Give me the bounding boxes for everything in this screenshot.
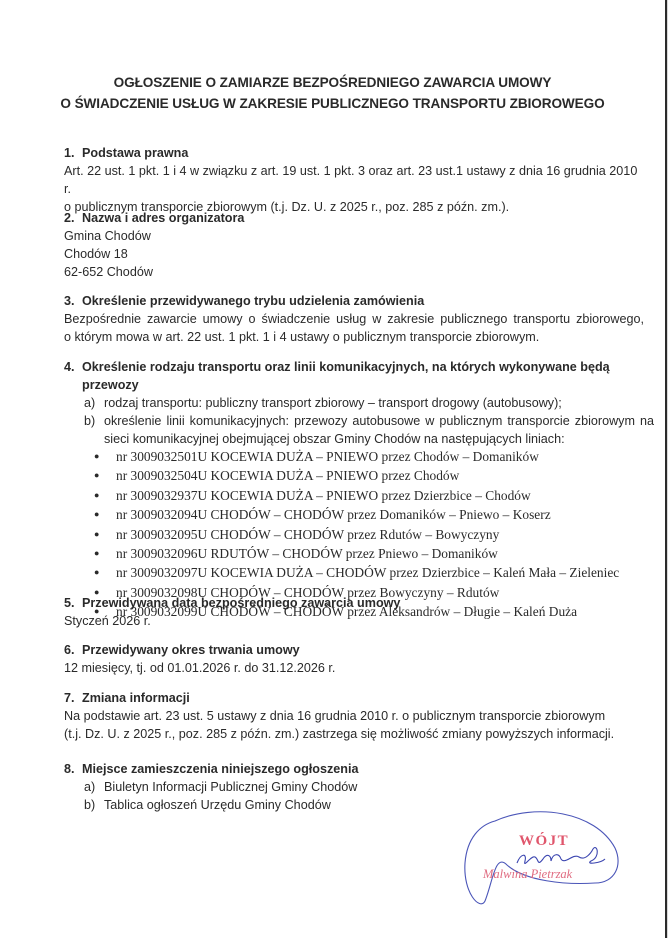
section-text-line: Na podstawie art. 23 ust. 5 ustawy z dni… xyxy=(64,707,644,725)
section-transport-lines: 4. Określenie rodzaju transportu oraz li… xyxy=(64,358,654,623)
section-procedure: 3. Określenie przewidywanego trybu udzie… xyxy=(64,292,644,346)
sub-item-letter: a) xyxy=(84,778,104,796)
bus-line-text: nr 3009032096U RDUTÓW – CHODÓW przez Pni… xyxy=(116,545,498,563)
sub-item-text-line: określenie linii komunikacyjnych: przewo… xyxy=(104,412,654,430)
organizer-street: Chodów 18 xyxy=(64,245,644,263)
section-number: 8. xyxy=(64,760,82,778)
section-contract-duration: 6. Przewidywany okres trwania umowy 12 m… xyxy=(64,641,644,677)
bullet-icon: ● xyxy=(94,525,116,543)
bus-line-text: nr 3009032094U CHODÓW – CHODÓW przez Dom… xyxy=(116,506,551,524)
section-text-line: (t.j. Dz. U. z 2025 r., poz. 285 z późn.… xyxy=(64,725,644,743)
section-number: 7. xyxy=(64,689,82,707)
signature-scribble-icon xyxy=(455,803,625,913)
bullet-icon: ● xyxy=(94,486,116,504)
bus-line-item: ●nr 3009032501U KOCEWIA DUŻA – PNIEWO pr… xyxy=(64,448,654,467)
contract-date-value: Styczeń 2026 r. xyxy=(64,612,644,630)
organizer-postal: 62-652 Chodów xyxy=(64,263,644,281)
bus-line-item: ●nr 3009032096U RDUTÓW – CHODÓW przez Pn… xyxy=(64,545,654,564)
section-text-line: o którym mowa w art. 22 ust. 1 pkt. 1 i … xyxy=(64,328,644,346)
section-heading-text: Miejsce zamieszczenia niniejszego ogłosz… xyxy=(82,760,358,778)
section-heading: 7. Zmiana informacji xyxy=(64,689,644,707)
section-heading: 8. Miejsce zamieszczenia niniejszego ogł… xyxy=(64,760,644,778)
section-heading-text: Przewidywana data bezpośredniego zawarci… xyxy=(82,594,400,612)
bullet-icon: ● xyxy=(94,466,116,484)
section-number: 6. xyxy=(64,641,82,659)
bus-line-text: nr 3009032504U KOCEWIA DUŻA – PNIEWO prz… xyxy=(116,467,459,485)
section-number: 3. xyxy=(64,292,82,310)
signature-stamp: WÓJT Malwina Pietrzak xyxy=(455,803,625,913)
bus-line-item: ●nr 3009032097U KOCEWIA DUŻA – CHODÓW pr… xyxy=(64,564,654,583)
section-number: 2. xyxy=(64,209,82,227)
sub-item-text-line: sieci komunikacyjnej obejmującej obszar … xyxy=(104,430,654,448)
bus-line-item: ●nr 3009032095U CHODÓW – CHODÓW przez Rd… xyxy=(64,526,654,545)
sub-item-text: rodzaj transportu: publiczny transport z… xyxy=(104,394,654,412)
publication-place-item: a) Biuletyn Informacji Publicznej Gminy … xyxy=(64,778,644,796)
bus-line-item: ●nr 3009032504U KOCEWIA DUŻA – PNIEWO pr… xyxy=(64,467,654,486)
section-heading: 6. Przewidywany okres trwania umowy xyxy=(64,641,644,659)
bus-line-item: ●nr 3009032937U KOCEWIA DUŻA – PNIEWO pr… xyxy=(64,487,654,506)
bullet-icon: ● xyxy=(94,563,116,581)
sub-item-lines-definition: b) określenie linii komunikacyjnych: prz… xyxy=(64,412,654,448)
section-number: 5. xyxy=(64,594,82,612)
sub-item-transport-type: a) rodzaj transportu: publiczny transpor… xyxy=(64,394,654,412)
section-organizer: 2. Nazwa i adres organizatora Gmina Chod… xyxy=(64,209,644,281)
bullet-icon: ● xyxy=(94,544,116,562)
title-line-1: OGŁOSZENIE O ZAMIARZE BEZPOŚREDNIEGO ZAW… xyxy=(0,72,665,93)
signature-title: WÓJT xyxy=(519,833,569,850)
section-heading: 1. Podstawa prawna xyxy=(64,144,644,162)
bullet-icon: ● xyxy=(94,447,116,465)
bus-line-text: nr 3009032937U KOCEWIA DUŻA – PNIEWO prz… xyxy=(116,487,531,505)
document-title: OGŁOSZENIE O ZAMIARZE BEZPOŚREDNIEGO ZAW… xyxy=(0,72,665,114)
sub-item-letter: b) xyxy=(84,412,104,448)
section-number: 1. xyxy=(64,144,82,162)
sub-item-letter: b) xyxy=(84,796,104,814)
section-heading-text: Określenie przewidywanego trybu udzielen… xyxy=(82,292,424,310)
section-heading-text: Przewidywany okres trwania umowy xyxy=(82,641,300,659)
section-heading-text: Zmiana informacji xyxy=(82,689,190,707)
bus-line-text: nr 3009032095U CHODÓW – CHODÓW przez Rdu… xyxy=(116,526,499,544)
document-page: OGŁOSZENIE O ZAMIARZE BEZPOŚREDNIEGO ZAW… xyxy=(0,0,665,938)
section-heading: 4. Określenie rodzaju transportu oraz li… xyxy=(64,358,654,394)
section-heading-text: Określenie rodzaju transportu oraz linii… xyxy=(82,358,654,394)
organizer-name: Gmina Chodów xyxy=(64,227,644,245)
section-text-line: Art. 22 ust. 1 pkt. 1 i 4 w związku z ar… xyxy=(64,162,644,198)
section-number: 4. xyxy=(64,358,82,394)
section-heading: 5. Przewidywana data bezpośredniego zawa… xyxy=(64,594,644,612)
section-text-line: Bezpośrednie zawarcie umowy o świadczeni… xyxy=(64,310,644,328)
signature-name: Malwina Pietrzak xyxy=(483,867,572,882)
section-heading: 2. Nazwa i adres organizatora xyxy=(64,209,644,227)
sub-item-letter: a) xyxy=(84,394,104,412)
bus-line-item: ●nr 3009032094U CHODÓW – CHODÓW przez Do… xyxy=(64,506,654,525)
section-heading-text: Nazwa i adres organizatora xyxy=(82,209,244,227)
bus-line-text: nr 3009032501U KOCEWIA DUŻA – PNIEWO prz… xyxy=(116,448,539,466)
bus-line-text: nr 3009032097U KOCEWIA DUŻA – CHODÓW prz… xyxy=(116,564,619,582)
sub-item-text: Biuletyn Informacji Publicznej Gminy Cho… xyxy=(104,778,644,796)
section-contract-date: 5. Przewidywana data bezpośredniego zawa… xyxy=(64,594,644,630)
bullet-icon: ● xyxy=(94,505,116,523)
contract-duration-value: 12 miesięcy, tj. od 01.01.2026 r. do 31.… xyxy=(64,659,644,677)
section-heading-text: Podstawa prawna xyxy=(82,144,188,162)
title-line-2: O ŚWIADCZENIE USŁUG W ZAKRESIE PUBLICZNE… xyxy=(0,93,665,114)
section-heading: 3. Określenie przewidywanego trybu udzie… xyxy=(64,292,644,310)
section-legal-basis: 1. Podstawa prawna Art. 22 ust. 1 pkt. 1… xyxy=(64,144,644,216)
section-information-change: 7. Zmiana informacji Na podstawie art. 2… xyxy=(64,689,644,743)
